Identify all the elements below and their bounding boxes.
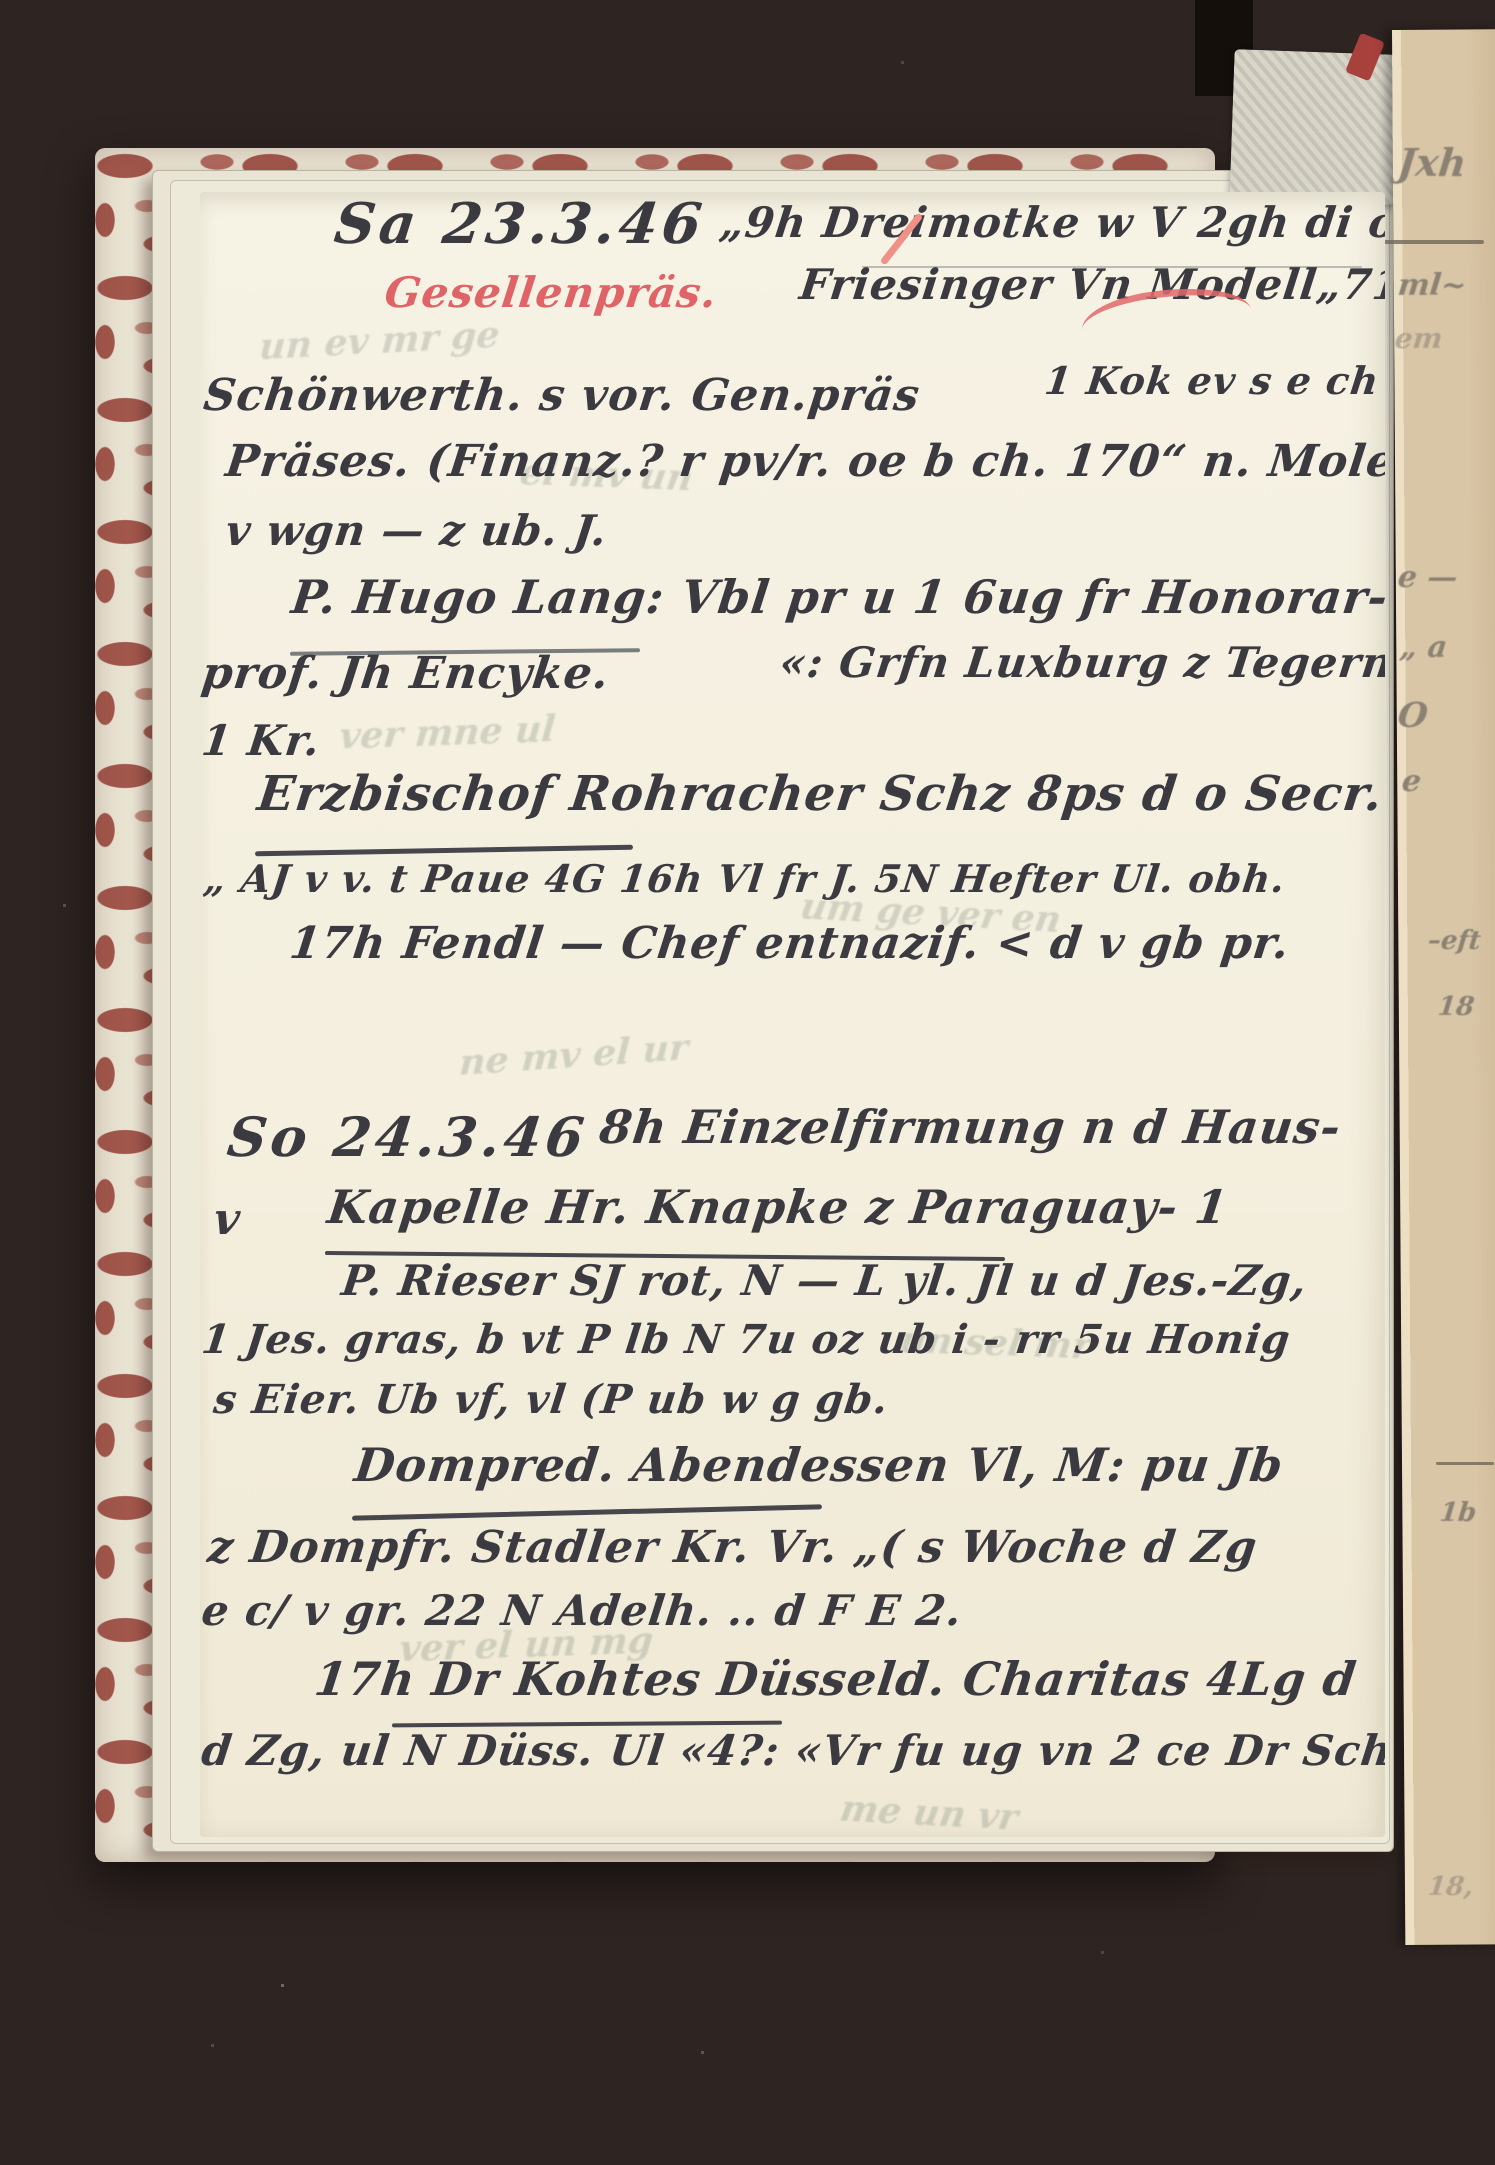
handwriting-line: 1 Kr. bbox=[200, 720, 323, 762]
ghost-writing: ver mne ul bbox=[338, 708, 557, 757]
handwriting-line: s Eier. Ub vf, vl (P ub w g gb. bbox=[212, 1380, 891, 1420]
handwriting-line: «: Grfn Luxburg z Tegernsee bbox=[777, 642, 1385, 684]
handwriting-line-rohracher: Erzbischof Rohracher Schz 8ps d o Secr. bbox=[255, 770, 1385, 818]
handwriting-line: z Dompfr. Stadler Kr. Vr. „( s Woche d Z… bbox=[205, 1526, 1260, 1570]
handwriting-line: 17h Fendl — Chef entnazif. < d v gb pr. bbox=[287, 922, 1292, 966]
handwriting-line: d Zg, ul N Düss. Ul «4?: «Vr fu ug vn 2 … bbox=[200, 1730, 1385, 1772]
handwriting-line-kapelle: Kapelle Hr. Knapke z Paraguay- 1 bbox=[325, 1184, 1231, 1230]
handwriting-line-kohtes: 17h Dr Kohtes Düsseld. Charitas 4Lg d bbox=[312, 1656, 1359, 1702]
faint-note: Jxh bbox=[1396, 140, 1469, 185]
bookmark-ribbon bbox=[1229, 49, 1399, 205]
faint-note: „ a bbox=[1398, 630, 1449, 665]
ghost-writing: me un vr bbox=[837, 1787, 1021, 1837]
red-heading-gesellenpraes: Gesellenpräs. bbox=[382, 272, 719, 314]
faint-note: em bbox=[1393, 322, 1444, 355]
entry-date-mar24: So 24.3.46 bbox=[225, 1110, 591, 1164]
handwriting-line-dompred: Dompred. Abendessen Vl, M: pu Jb bbox=[352, 1442, 1286, 1488]
handwriting-line: 1 Jes. gras, b vt P lb N 7u oz ub i - rr… bbox=[200, 1320, 1293, 1360]
handwriting-line: Präses. (Finanz.? r pv/r. oe b ch. 170“ … bbox=[223, 440, 1385, 484]
handwriting-line: „9h Dreimotke w V 2gh di ow. bbox=[717, 202, 1385, 244]
faint-note: 18 bbox=[1436, 992, 1475, 1022]
handwriting-line: Friesinger Vn Modell„716- bbox=[797, 264, 1385, 306]
ghost-writing: un ev mr ge bbox=[258, 314, 501, 368]
handwriting-line: 8h Einzelfirmung n d Haus- bbox=[597, 1104, 1344, 1150]
faint-note: –eft bbox=[1426, 926, 1482, 956]
photo-of-open-diary: Jxh ml~ em e — „ a O e –eft 18 1b 18, un… bbox=[0, 0, 1495, 2165]
faint-note: O bbox=[1396, 696, 1430, 736]
handwriting-line: v wgn — z ub. J. bbox=[223, 510, 609, 552]
handwriting-line-hugo-lang: P. Hugo Lang: Vbl pr u 1 6ug fr Honorar- bbox=[289, 574, 1385, 620]
entry-date-mar23: Sa 23.3.46 bbox=[332, 196, 709, 252]
handwriting-line: e c/ v gr. 22 N Adelh. .. d F E 2. bbox=[200, 1590, 965, 1632]
underline-stroke bbox=[255, 845, 633, 857]
handwriting-line: prof. Jh Encyke. bbox=[200, 652, 612, 696]
faint-note: e — bbox=[1396, 560, 1459, 595]
faint-note: e bbox=[1400, 764, 1423, 799]
handwriting-line: P. Rieser SJ rot, N — L yl. Jl u d Jes.-… bbox=[339, 1260, 1309, 1302]
diary-page: un ev mr ge el mv un ver mne ul um ge ve… bbox=[200, 192, 1385, 1837]
underline-stroke bbox=[352, 1504, 822, 1520]
adjacent-page-edge bbox=[1392, 29, 1495, 1945]
dust-speckles bbox=[0, 0, 1, 1]
ghost-writing: ne mv el ur bbox=[458, 1026, 689, 1084]
faint-note: ml~ bbox=[1396, 268, 1468, 303]
faint-note: 18, bbox=[1426, 1872, 1474, 1902]
handwriting-line: 1 Kok ev s e ch bbox=[1043, 362, 1382, 400]
faint-stroke bbox=[1436, 1462, 1494, 1465]
faint-note: 1b bbox=[1438, 1498, 1477, 1528]
handwriting-line: „ AJ v v. t Paue 4G 16h Vl fr J. 5N Heft… bbox=[202, 860, 1288, 898]
handwriting-line: Schönwerth. s vor. Gen.präs bbox=[201, 374, 922, 418]
margin-mark-v: v bbox=[211, 1198, 243, 1242]
faint-stroke bbox=[1384, 240, 1484, 244]
